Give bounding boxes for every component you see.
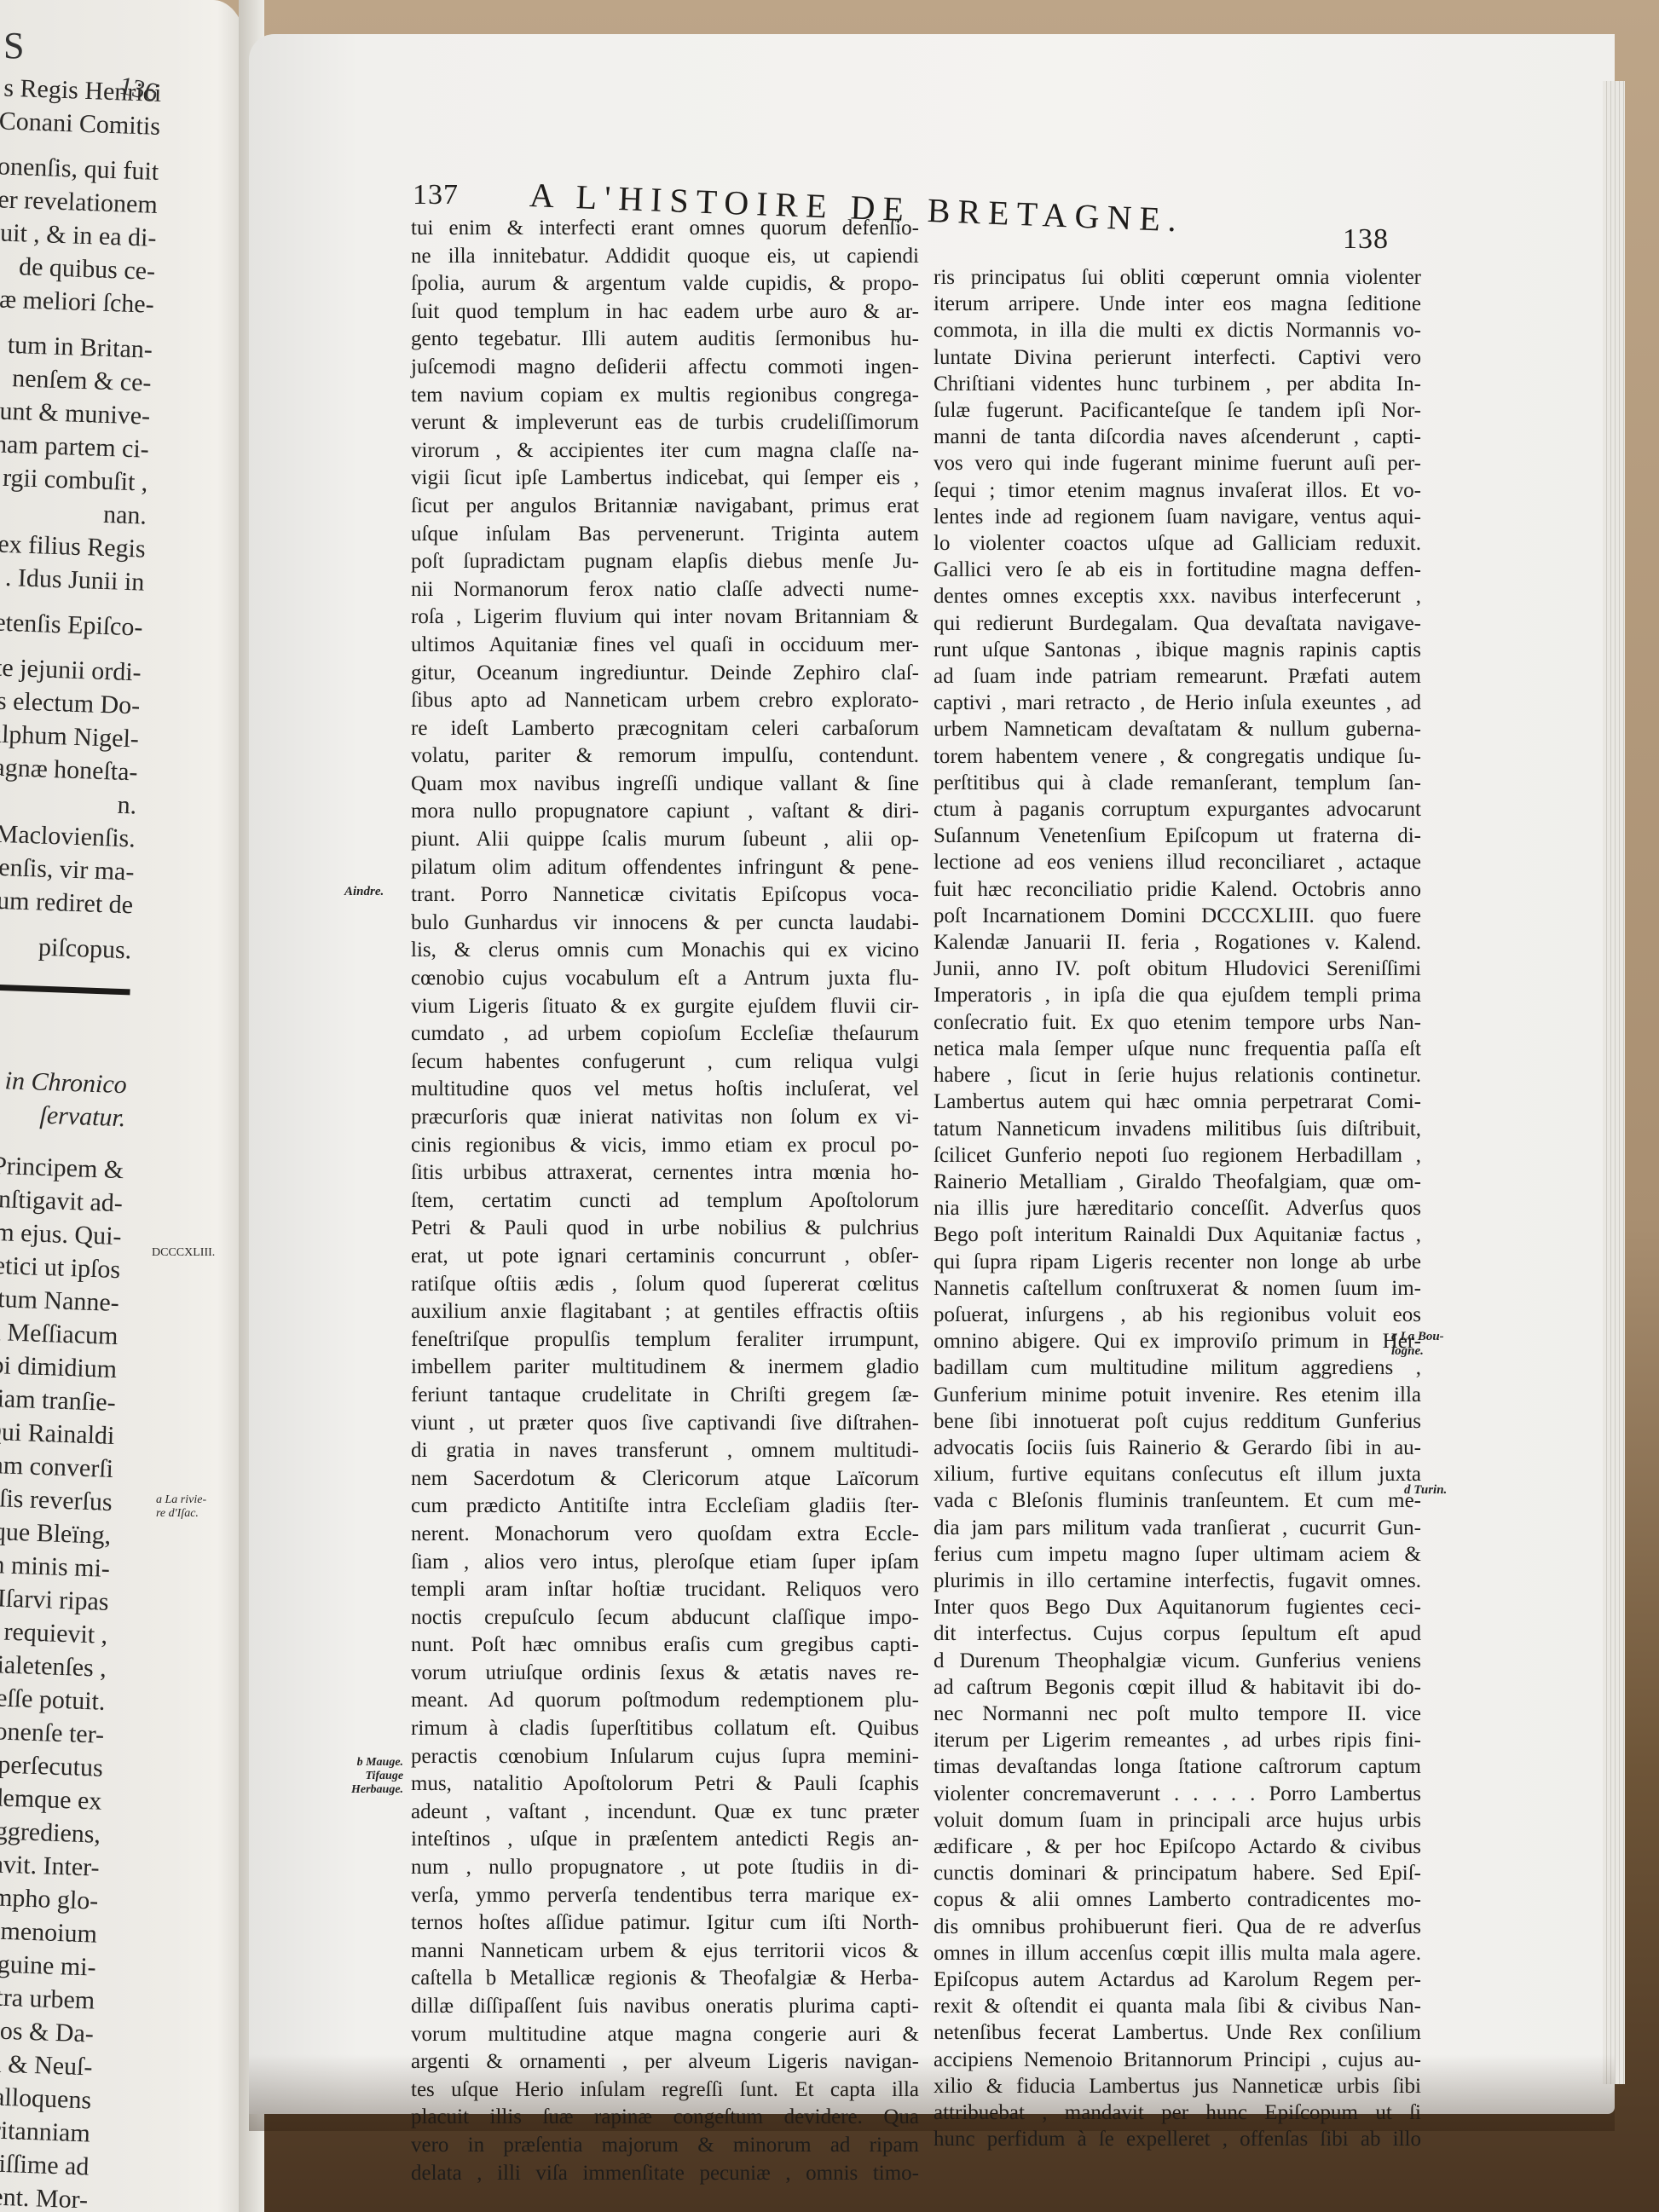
text-line: noctis crepuſculo ſecum abducunt claſſiq… bbox=[411, 1604, 919, 1632]
text-line: vorum multitudine atque magna congerie a… bbox=[411, 2021, 919, 2049]
text-line: volatu, pariter & remorum impulſu, conte… bbox=[411, 742, 919, 771]
text-line: vada c Bleſonis fluminis tranſeuntem. Et… bbox=[934, 1487, 1421, 1514]
text-line: lentes inde ad regionem ſuam navigare, v… bbox=[934, 504, 1421, 530]
margin-note-b-2: Tifauge bbox=[365, 1770, 403, 1782]
text-line: nerent. Monachorum vero quoſdam extra Ec… bbox=[411, 1521, 919, 1549]
text-line: badillam cum multitudine militum aggredi… bbox=[934, 1354, 1421, 1381]
text-line: Suſannum Venetenſium Epiſcopum ut frater… bbox=[934, 823, 1421, 849]
text-line: perſtitibus qui à clade remanſerant, tem… bbox=[934, 770, 1421, 796]
text-line: advocatis ſociis ſuis Rainerio & Gerardo… bbox=[934, 1435, 1421, 1461]
left-margin-note-a: a La rivie- re d'Iſac. bbox=[156, 1493, 206, 1521]
text-line: luntate Divina perierunt interfecti. Cap… bbox=[934, 344, 1421, 371]
left-page-text: s Regis HenriciConani Comitis onenſis, q… bbox=[0, 68, 162, 2212]
text-line: Bego poſt interitum Rainaldi Dux Aquitan… bbox=[934, 1222, 1421, 1248]
text-line: cœnobio cujus vocabulum eſt a Antrum jux… bbox=[411, 965, 919, 993]
text-line: imbellem pariter multitudinem & inermem … bbox=[411, 1354, 919, 1382]
text-line: ædificare , & per hoc Epiſcopo Actardo &… bbox=[934, 1834, 1421, 1860]
text-column-right: ris principatus ſui obliti cœperunt omni… bbox=[934, 264, 1421, 2152]
text-line: verunt & impleverunt eas de turbis crude… bbox=[411, 409, 919, 437]
text-line: ternos hoſtes aſſidue patimur. Igitur cu… bbox=[411, 1909, 919, 1938]
text-line: Kalendæ Januarii II. feria , Rogationes … bbox=[934, 929, 1421, 956]
text-line: ad caſtrum Begonis cœpit illud & habitav… bbox=[934, 1674, 1421, 1701]
text-line: num , nullo propugnatore , ut pote ſtudi… bbox=[411, 1854, 919, 1882]
text-line: uſque inſulam Bas pervenerunt. Triginta … bbox=[411, 521, 919, 549]
text-line: tatum Nanneticum invadens militibus ſuis… bbox=[934, 1116, 1421, 1142]
text-line: ferius cum impetu magno ſuper ultimam ac… bbox=[934, 1541, 1421, 1568]
text-line: ſecum habentes confugerunt , cum reliqua… bbox=[411, 1048, 919, 1077]
text-line: di gratia in naves transferunt , omnem m… bbox=[411, 1437, 919, 1465]
text-line: netica mala ſemper uſque nunc frequentia… bbox=[934, 1036, 1421, 1062]
text-line: ſiam , alios vero intus, pleroſque etiam… bbox=[411, 1549, 919, 1577]
text-line: ris principatus ſui obliti cœperunt omni… bbox=[934, 264, 1421, 291]
text-line: timas devaſtandas longa ſtatione caſtror… bbox=[934, 1753, 1421, 1780]
left-margin-note-date: DCCCXLIII. bbox=[152, 1246, 215, 1260]
running-head: 137 A L'HISTOIRE DE BRETAGNE. 138 bbox=[249, 34, 1615, 136]
text-line: gitur, Oceanum ingrediuntur. Deinde Zeph… bbox=[411, 660, 919, 688]
text-line: inteſtinos , uſque in præſentem antedict… bbox=[411, 1826, 919, 1854]
text-line: Gunferium minime potuit invenire. Res et… bbox=[934, 1382, 1421, 1408]
text-line: caſtella b Metallicæ regionis & Theofalg… bbox=[411, 1965, 919, 1993]
text-line: tem navium copiam ex multis regionibus c… bbox=[411, 382, 919, 410]
text-line: peractis cœnobium Inſularum cujus ſupra … bbox=[411, 1743, 919, 1771]
text-line: bulo Gunhardus vir innocens & per cuncta… bbox=[411, 910, 919, 938]
text-line: manni de tanta diſcordia naves aſcenderu… bbox=[934, 424, 1421, 450]
text-line: urbem Namneticam devaſtatam & nullum gub… bbox=[934, 716, 1421, 742]
text-line: verſa, ymmo perverſa tendentibus terra m… bbox=[411, 1882, 919, 1910]
page-bottom-shadow bbox=[249, 2054, 1615, 2131]
margin-note-a-line1: a La rivie- bbox=[156, 1493, 206, 1506]
text-line: ſitis urbibus attraxerat, cernentes intr… bbox=[411, 1159, 919, 1187]
text-line: Rainerio Metalliam , Giraldo Theofalgiam… bbox=[934, 1169, 1421, 1195]
right-main-page: 137 A L'HISTOIRE DE BRETAGNE. 138 tui en… bbox=[249, 34, 1615, 2114]
text-line: Lambertus autem qui hæc omnia perpetrara… bbox=[934, 1089, 1421, 1115]
text-line: runt uſque Santonas , ibique magnis rapi… bbox=[934, 637, 1421, 663]
margin-note-c-1: c La Bou- bbox=[1391, 1330, 1444, 1343]
text-line: vigii ſicut ipſe Lambertus indicebat, qu… bbox=[411, 465, 919, 493]
text-line: fuit hæc reconciliatio pridie Kalend. Oc… bbox=[934, 876, 1421, 903]
text-line: ſulæ fugerunt. Pacificanteſque ſe tandem… bbox=[934, 397, 1421, 424]
text-line: ratiſque oſtiis ædis , ſolum quod ſupere… bbox=[411, 1271, 919, 1299]
text-line: Gallici vero ſe ab eis in fortitudine ma… bbox=[934, 557, 1421, 583]
text-line: auxilium anxie flagitabant ; at gentiles… bbox=[411, 1298, 919, 1326]
page-number-137: 137 bbox=[413, 179, 459, 211]
text-line: dit interfectus. Cujus corpus ſepultum e… bbox=[934, 1620, 1421, 1647]
text-line: violenter concremaverunt . . . . . Porro… bbox=[934, 1781, 1421, 1807]
text-line: trant. Porro Nanneticæ civitatis Epiſcop… bbox=[411, 881, 919, 910]
text-line: netenſibus fecerat Lambertus. Unde Rex c… bbox=[934, 2019, 1421, 2046]
text-line: ſuit quod templum in hac eadem urbe auro… bbox=[411, 298, 919, 326]
text-line: multitudine quos vel metus hoſtis incluſ… bbox=[411, 1076, 919, 1104]
text-line: ne illa innitebatur. Addidit quoque eis,… bbox=[411, 243, 919, 271]
margin-note-c: c La Bou- logne. bbox=[1391, 1330, 1444, 1359]
text-line: viunt , ut præter quos ſive captivandi ſ… bbox=[411, 1410, 919, 1438]
margin-note-b-1: b Mauge. bbox=[357, 1756, 403, 1769]
margin-note-c-2: logne. bbox=[1391, 1344, 1424, 1358]
text-line: erat, ut pote ignari certaminis concurru… bbox=[411, 1243, 919, 1271]
margin-note-a-line2: re d'Iſac. bbox=[156, 1507, 199, 1520]
text-line: d Durenum Theophalgiæ vicum. Gunferius v… bbox=[934, 1648, 1421, 1674]
text-line: virorum , & accipientes iter cum magna c… bbox=[411, 437, 919, 465]
text-line: feneſtriſque propulſis templum feraliter… bbox=[411, 1326, 919, 1354]
text-line: ad ſuam inde patriam remearunt. Præfati … bbox=[934, 663, 1421, 690]
margin-note-b-3: Herbauge. bbox=[351, 1783, 403, 1796]
text-line: voluit domum ſuam in principali arce huj… bbox=[934, 1807, 1421, 1834]
text-line: Epiſcopus autem Actardus ad Karolum Rege… bbox=[934, 1967, 1421, 1993]
text-line: Inter quos Bego Dux Aquitanorum fugiente… bbox=[934, 1594, 1421, 1620]
text-line: omnino abigere. Qui ex improviſo primum … bbox=[934, 1328, 1421, 1354]
text-line: vos vero qui inde fugerant minime fuerun… bbox=[934, 450, 1421, 476]
text-line: cinis regionibus & vicis, immo etiam ex … bbox=[411, 1132, 919, 1160]
page-number-138: 138 bbox=[1343, 223, 1389, 256]
text-line: vorum utriuſque ordinis ſexus & ætatis n… bbox=[411, 1660, 919, 1688]
text-line: iterum arripere. Unde inter eos magna ſe… bbox=[934, 291, 1421, 317]
text-line: templi aram inſtar hoſtiæ trucidant. Rel… bbox=[411, 1576, 919, 1604]
text-line: dia jam pars militum vada tranſierat , c… bbox=[934, 1515, 1421, 1541]
text-line: omnes in illum accenſus cœpit illis mult… bbox=[934, 1940, 1421, 1967]
text-line: re ideſt Lamberto præcognitam celeri car… bbox=[411, 715, 919, 743]
text-line: ſpolia, aurum & argentum valde cupidis, … bbox=[411, 270, 919, 298]
text-line: nunt. Poſt hæc omnibus eraſis cum gregib… bbox=[411, 1632, 919, 1660]
text-line: delata , illi viſa immenſitate pecuniæ ,… bbox=[411, 2160, 919, 2188]
text-line: Nannetis caſtellum conſtruxerat & nomen … bbox=[934, 1275, 1421, 1302]
section-rule bbox=[0, 984, 130, 995]
text-line: torem habentem venere , & congregatis un… bbox=[934, 743, 1421, 770]
text-line: poſt ſupradictam pugnam elapſis diebus m… bbox=[411, 548, 919, 576]
text-line: nia illis jure hæreditario conceſſit. Ad… bbox=[934, 1195, 1421, 1222]
text-line: ſequi ; timor etenim magnus invaſerat il… bbox=[934, 477, 1421, 504]
margin-note-b: b Mauge. Tifauge Herbauge. bbox=[351, 1756, 403, 1797]
section-heading: E , bbox=[0, 1008, 129, 1068]
text-line: cumdato , ad urbem copioſum Eccleſiæ the… bbox=[411, 1020, 919, 1048]
text-line: ultimos Aquitaniæ fines vel quaſi in occ… bbox=[411, 632, 919, 660]
text-line: pilatum olim aditum offendentes infringu… bbox=[411, 854, 919, 882]
text-line: qui redierunt Burdegalam. Qua devaſtata … bbox=[934, 610, 1421, 637]
text-line: tui enim & interfecti erant omnes quorum… bbox=[411, 215, 919, 243]
text-line: rimum à cladis ſuperſtitibus collatum eſ… bbox=[411, 1715, 919, 1743]
left-facing-page: S 136 s Regis HenriciConani Comitis onen… bbox=[0, 0, 247, 2212]
text-line: plurimis in illo certamine interfectis, … bbox=[934, 1568, 1421, 1594]
text-line: Quam mox navibus ingreſſi undique vallan… bbox=[411, 771, 919, 799]
text-line: ſibus apto ad Nanneticam urbem crebro ex… bbox=[411, 687, 919, 715]
text-column-left: tui enim & interfecti erant omnes quorum… bbox=[411, 215, 919, 2187]
text-line: præcurſoris quæ inierat nativitas non ſo… bbox=[411, 1104, 919, 1132]
text-line: lo violenter coactos uſque ad Galliciam … bbox=[934, 530, 1421, 557]
page-edges-stack bbox=[1603, 81, 1625, 2084]
text-line: dentes omnes exceptis xxx. navibus inter… bbox=[934, 583, 1421, 609]
text-line: xilium, furtive equitans conſecutus eſt … bbox=[934, 1461, 1421, 1487]
text-line: dis omnibus prohibuerunt fieri. Qua de r… bbox=[934, 1914, 1421, 1940]
text-line: poſuerat, inſurgens , ab his regionibus … bbox=[934, 1302, 1421, 1328]
text-line: roſa , Ligerim fluvium qui inter novam B… bbox=[411, 604, 919, 632]
text-line: adeunt , vaſtant , incendunt. Quæ ex tun… bbox=[411, 1799, 919, 1827]
text-line: piunt. Alii quippe ſcalis murum ſubeunt … bbox=[411, 826, 919, 854]
text-line: gento tegebatur. Illi autem auditis ſerm… bbox=[411, 326, 919, 354]
text-line: conſecratio fuit. Ex quo etenim tempore … bbox=[934, 1009, 1421, 1036]
text-line: ſtem, certatim cuncti ad templum Apoſtol… bbox=[411, 1187, 919, 1216]
text-line: cunctis dominari & principatum habere. S… bbox=[934, 1860, 1421, 1886]
text-line: copus & alii omnes Lamberto contradicent… bbox=[934, 1886, 1421, 1913]
text-line: mus, natalitio Apoſtolorum Petri & Pauli… bbox=[411, 1770, 919, 1799]
text-line: poſt Incarnationem Domini DCCCXLIII. quo… bbox=[934, 903, 1421, 929]
text-line: mora nullo propugnatore capiunt , vaſtan… bbox=[411, 798, 919, 826]
text-line: ctum à paganis corruptum expurgantes adv… bbox=[934, 796, 1421, 823]
text-line: qui ſupra ripam Ligeris recenter non lon… bbox=[934, 1249, 1421, 1275]
text-line: Chriſtiani videntes hunc turbinem , per … bbox=[934, 371, 1421, 397]
text-line: lis, & clerus omnis cum Monachis qui ex … bbox=[411, 937, 919, 965]
text-line: vium Ligeris ſituato & ex gurgite ejuſde… bbox=[411, 993, 919, 1021]
text-line: commota, in illa die multi ex dictis Nor… bbox=[934, 317, 1421, 344]
text-line: manni Nanneticam urbem & ejus territorii… bbox=[411, 1938, 919, 1966]
margin-note-d: d Turin. bbox=[1404, 1483, 1447, 1498]
text-line: feriunt tantaque crudelitate in Chriſti … bbox=[411, 1382, 919, 1410]
text-line: Petri & Pauli quod in urbe nobilius & pu… bbox=[411, 1215, 919, 1243]
text-line: vero in præſentia majorum & minorum ad r… bbox=[411, 2132, 919, 2160]
text-line: nec Normanni nec poſt multo tempore II. … bbox=[934, 1701, 1421, 1727]
text-line: bene ſibi innotuerat poſt cujus redditum… bbox=[934, 1408, 1421, 1435]
text-line: nii Normanorum ferox natio claſſe advect… bbox=[411, 576, 919, 604]
text-line: habere , ſicut in ſerie hujus relationis… bbox=[934, 1062, 1421, 1089]
text-line: Junii, anno IV. poſt obitum Hludovici Se… bbox=[934, 956, 1421, 982]
text-line: Imperatoris , in ipſa die qua ejuſdem te… bbox=[934, 982, 1421, 1008]
text-line: lectione ad eos veniens illud reconcilia… bbox=[934, 849, 1421, 875]
text-line: iterum per Ligerim remeantes , ad urbes … bbox=[934, 1727, 1421, 1753]
text-line: cum prædicto Antitiſte intra Eccleſiam g… bbox=[411, 1493, 919, 1521]
text-line: rexit & oſtendit ei quanta mala ſibi & c… bbox=[934, 1993, 1421, 2019]
text-line: dillæ diſſipaſſent ſuis navibus oneratis… bbox=[411, 1993, 919, 2021]
left-running-head-fragment: S bbox=[3, 24, 24, 67]
text-line: juſcemodi magno deſiderii affectu commot… bbox=[411, 354, 919, 382]
text-line: ſicut per angulos Britanniæ navigabant, … bbox=[411, 493, 919, 521]
text-line: nem Sacerdotum & Clericorum atque Laïcor… bbox=[411, 1465, 919, 1493]
margin-note-aindre: Aindre. bbox=[344, 885, 384, 899]
text-line: ſcilicet Gunferio nepoti ſuo regionem He… bbox=[934, 1142, 1421, 1169]
text-line: captivi , mari retracto , de Herio inſul… bbox=[934, 690, 1421, 716]
text-line: meant. Ad quorum poſtmodum redemptionem … bbox=[411, 1687, 919, 1715]
